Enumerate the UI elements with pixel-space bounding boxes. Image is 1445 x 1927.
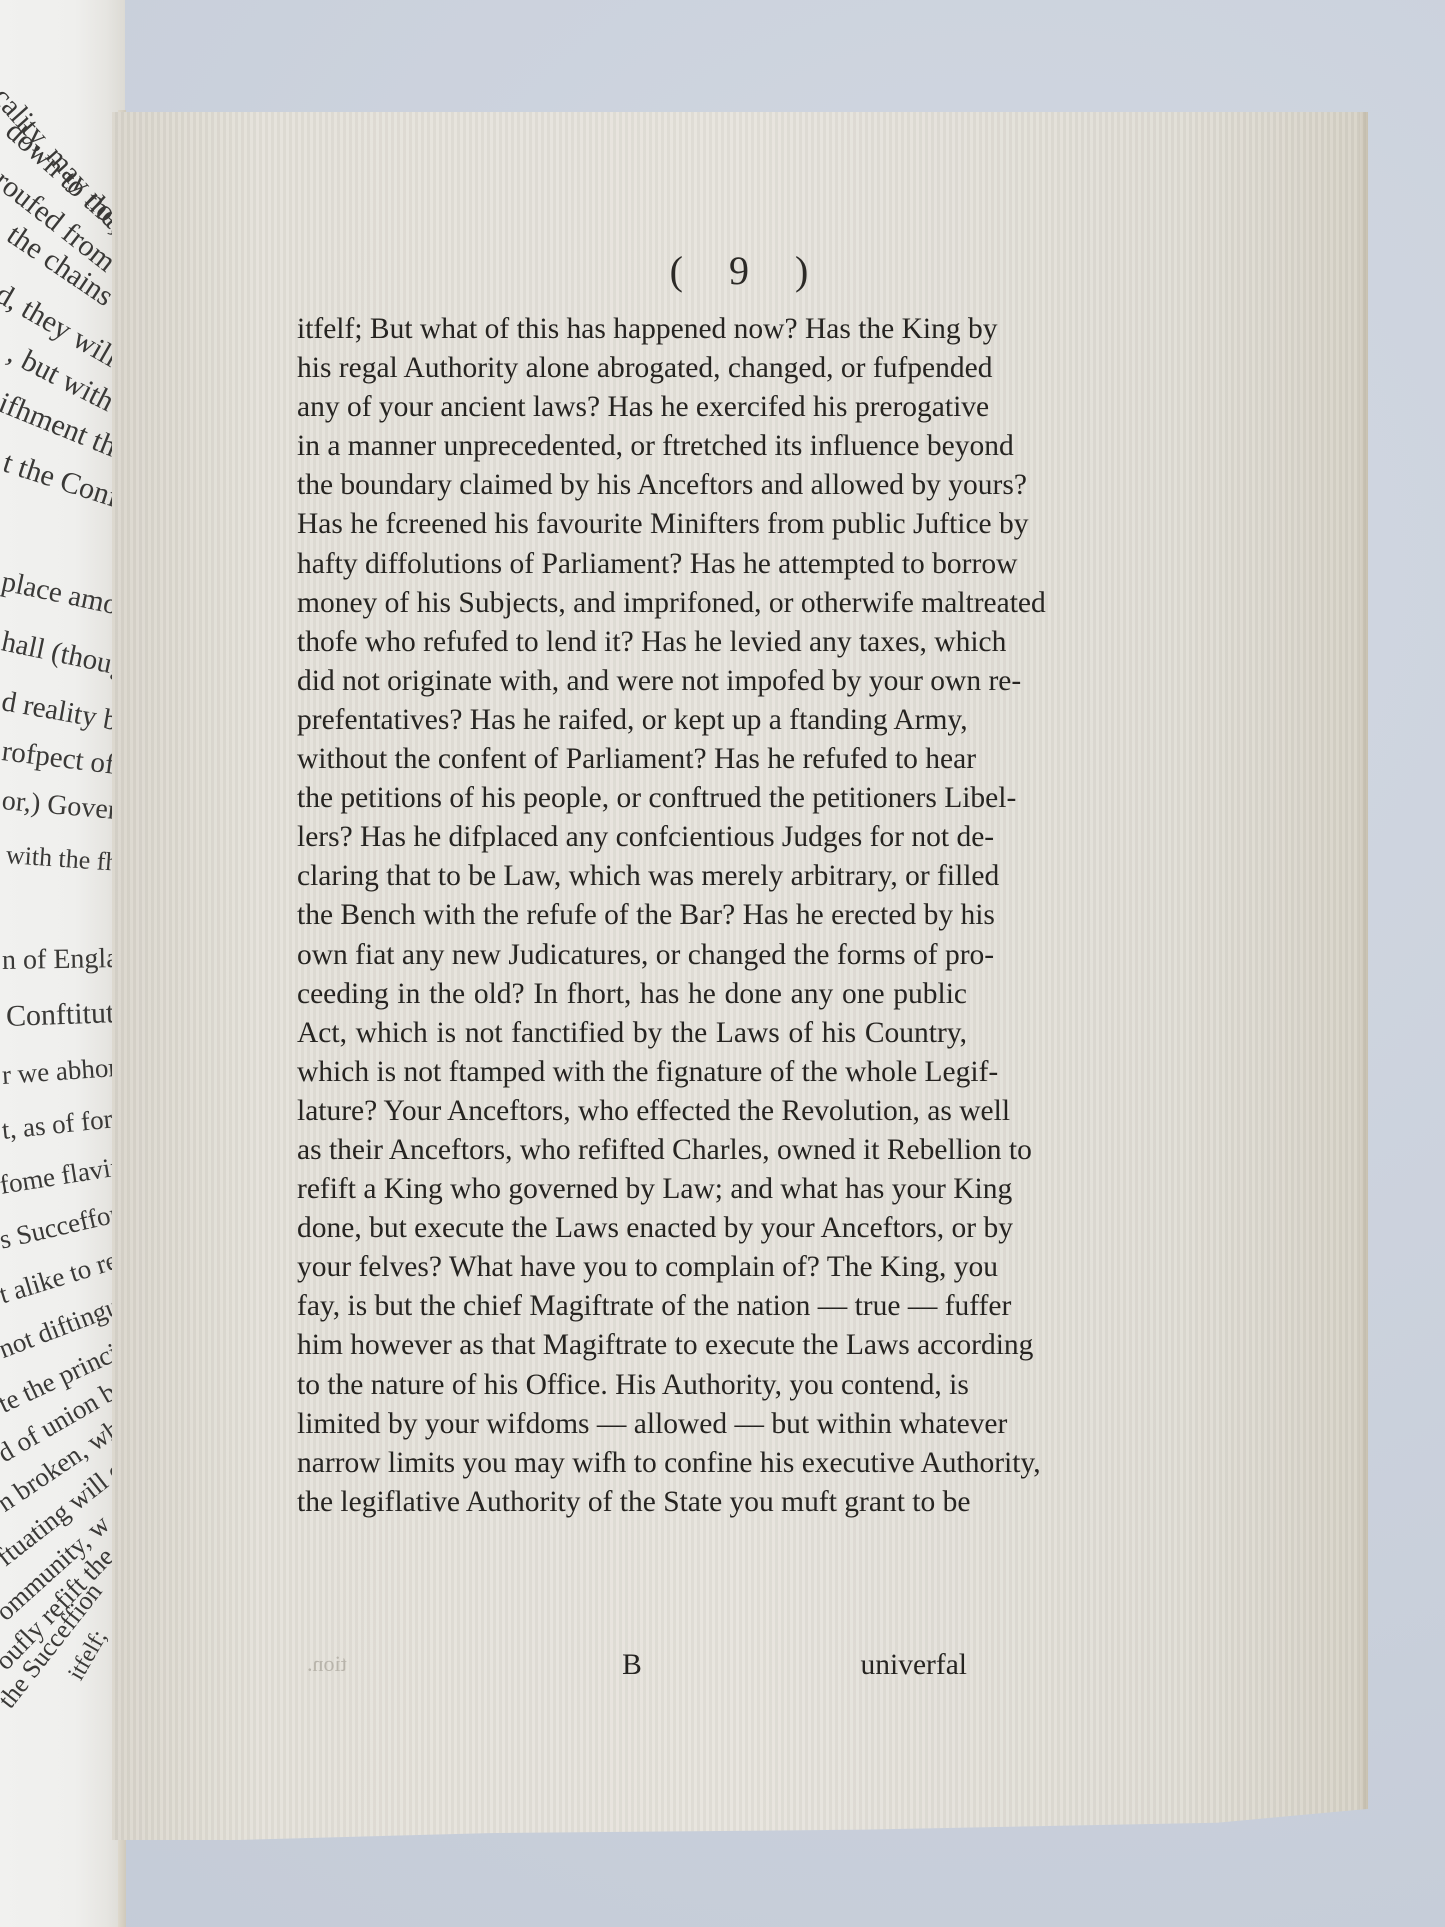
text-line: hafty diffolutions of Parliament? Has he… [297,545,967,584]
page-number: ( 9 ) [112,247,1376,294]
text-line: without the confent of Parliament? Has h… [297,740,967,779]
left-page-text-fragment: or,) Governme [1,785,125,831]
text-line: to the nature of his Office. His Authori… [297,1366,967,1405]
text-line: lature? Your Anceftors, who effected the… [297,1092,967,1131]
text-line: as their Anceftors, who refifted Charles… [297,1131,967,1170]
text-line: money of his Subjects, and imprifoned, o… [297,584,967,623]
left-page-text-fragment: with the fhado [5,840,125,880]
text-line: him however as that Magiftrate to execut… [297,1326,967,1365]
text-line: his regal Authority alone abrogated, cha… [297,349,967,388]
text-line: narrow limits you may wifh to confine hi… [297,1444,967,1483]
left-facing-page: cality, may not,down to the loroufed fro… [0,0,125,1927]
text-line: own fiat any new Judicatures, or changed… [297,936,967,975]
text-line: limited by your wifdoms — allowed — but … [297,1405,967,1444]
text-line: any of your ancient laws? Has he exercif… [297,388,967,427]
body-text: itfelf; But what of this has happened no… [297,310,967,1522]
left-page-text-fragment: r we abhor t [1,1051,125,1091]
right-page: ( 9 ) itfelf; But what of this has happe… [112,112,1368,1840]
left-page-text-fragment: t, as of forei [0,1101,125,1145]
text-line: lers? Has he difplaced any confcientious… [297,818,967,857]
text-line: fay, is but the chief Magiftrate of the … [297,1287,967,1326]
text-line: ceeding in the old? In fhort, has he don… [297,975,967,1014]
left-page-text-fragment: place amongft [0,565,125,632]
text-line: did not originate with, and were not imp… [297,662,967,701]
catchword: univerfal [861,1649,967,1682]
text-line: claring that to be Law, which was merely… [297,857,967,896]
text-line: thofe who refufed to lend it? Has he lev… [297,623,967,662]
text-line: itfelf; But what of this has happened no… [297,310,967,349]
text-line: which is not ftamped with the fignature … [297,1053,967,1092]
text-line: Act, which is not fanctified by the Laws… [297,1014,967,1053]
left-page-text-fragment: hall (though w [0,625,125,692]
text-line: done, but execute the Laws enacted by yo… [297,1209,967,1248]
text-line: the Bench with the refufe of the Bar? Ha… [297,896,967,935]
text-line: refift a King who governed by Law; and w… [297,1170,967,1209]
left-page-text-fragment: fome flavifh D [0,1145,125,1201]
text-line: the legiflative Authority of the State y… [297,1483,967,1522]
text-line: prefentatives? Has he raifed, or kept up… [297,701,967,740]
text-line: the boundary claimed by his Anceftors an… [297,466,967,505]
text-line: your felves? What have you to complain o… [297,1248,967,1287]
left-page-text-fragment: rofpect of whi [0,735,125,788]
text-line: Has he fcreened his favourite Minifters … [297,505,967,544]
text-line: in a manner unprecedented, or ftretched … [297,427,967,466]
left-page-text-fragment: Conftitution, [5,995,125,1034]
text-line: the petitions of his people, or conftrue… [297,779,967,818]
left-page-text-fragment: n of England [2,942,125,977]
page-footer: tion. B univerfal [297,1649,967,1689]
